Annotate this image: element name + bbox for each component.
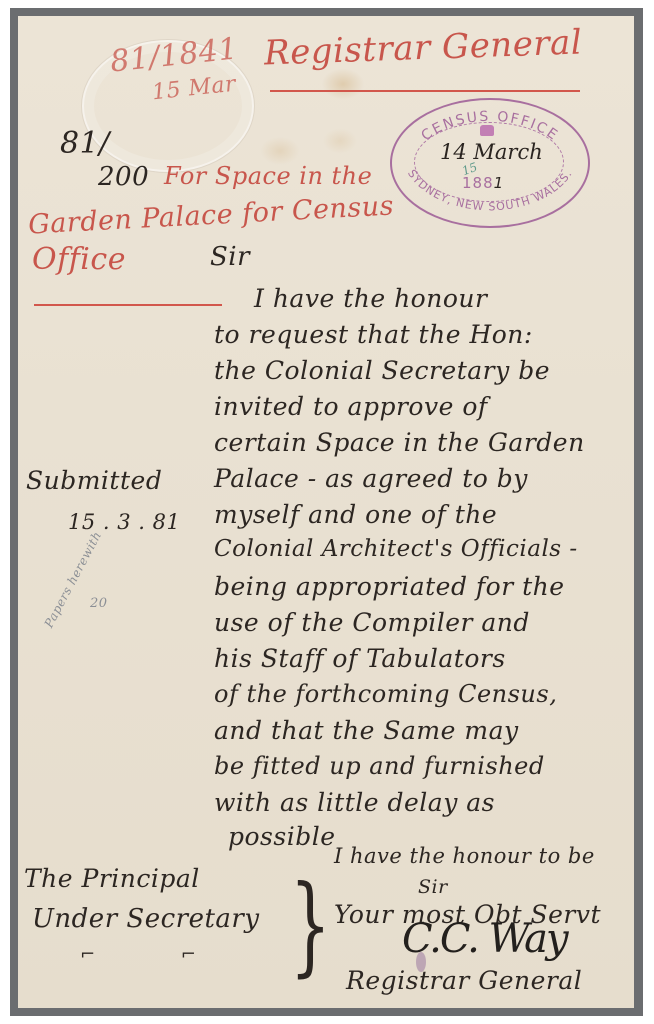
subject-line-2: Garden Palace for Census xyxy=(27,190,394,240)
body-line: with as little delay as xyxy=(214,788,495,817)
addressee-heading: Registrar General xyxy=(263,22,582,73)
salutation: Sir xyxy=(210,242,250,272)
crown-icon xyxy=(480,125,494,136)
body-line: Palace - as agreed to by xyxy=(214,464,528,493)
body-line: invited to approve of xyxy=(214,392,488,421)
body-line: and that the Same may xyxy=(214,716,519,745)
file-number-top: 81/ xyxy=(60,126,110,161)
submitted-date: 15 . 3 . 81 xyxy=(68,510,180,534)
stamp-year-handwritten: 1 xyxy=(494,174,505,192)
subject-line-3: Office xyxy=(32,242,126,277)
pencil-note: Papers herewith xyxy=(42,529,105,630)
body-line: Colonial Architect's Officials - xyxy=(214,536,578,562)
body-line: being appropriated for the xyxy=(214,572,565,601)
body-line: be fitted up and furnished xyxy=(214,752,545,780)
body-line: his Staff of Tabulators xyxy=(214,644,506,673)
recipient-line-1: The Principal xyxy=(24,864,200,893)
signatory-title: Registrar General xyxy=(346,966,582,995)
subject-line-1: For Space in the xyxy=(164,162,372,190)
body-line: of the forthcoming Census, xyxy=(214,680,557,708)
signature: C.C. Way xyxy=(402,916,567,962)
body-line: to request that the Hon: xyxy=(214,320,533,349)
body-line: myself and one of the xyxy=(214,500,497,529)
document-page: 81/1841 15 Mar Registrar General 81/ 200… xyxy=(18,16,634,1008)
closing-sir: Sir xyxy=(418,876,448,898)
body-line: possible xyxy=(228,822,336,851)
submitted-label: Submitted xyxy=(26,466,162,495)
recipient-line-2: Under Secretary xyxy=(32,904,260,934)
census-office-stamp: CENSUS OFFICE SYDNEY, NEW SOUTH WALES. 1… xyxy=(390,98,590,228)
subject-underline xyxy=(34,304,222,306)
curly-brace: } xyxy=(290,872,331,980)
stamp-year: 1881 xyxy=(462,174,504,192)
body-line: I have the honour xyxy=(254,284,487,313)
body-line: the Colonial Secretary be xyxy=(214,356,550,385)
pencil-note-number: 20 xyxy=(90,596,108,611)
closing-line-1: I have the honour to be xyxy=(334,844,595,868)
stamp-date: 14 March xyxy=(440,140,543,164)
stamp-year-printed: 188 xyxy=(462,174,494,192)
heading-underline xyxy=(270,90,580,92)
recipient-ditto-marks: ⌐ ⌐ xyxy=(80,944,236,965)
body-line: use of the Compiler and xyxy=(214,608,530,637)
body-line: certain Space in the Garden xyxy=(214,428,585,457)
file-number-bottom: 200 xyxy=(98,162,149,192)
